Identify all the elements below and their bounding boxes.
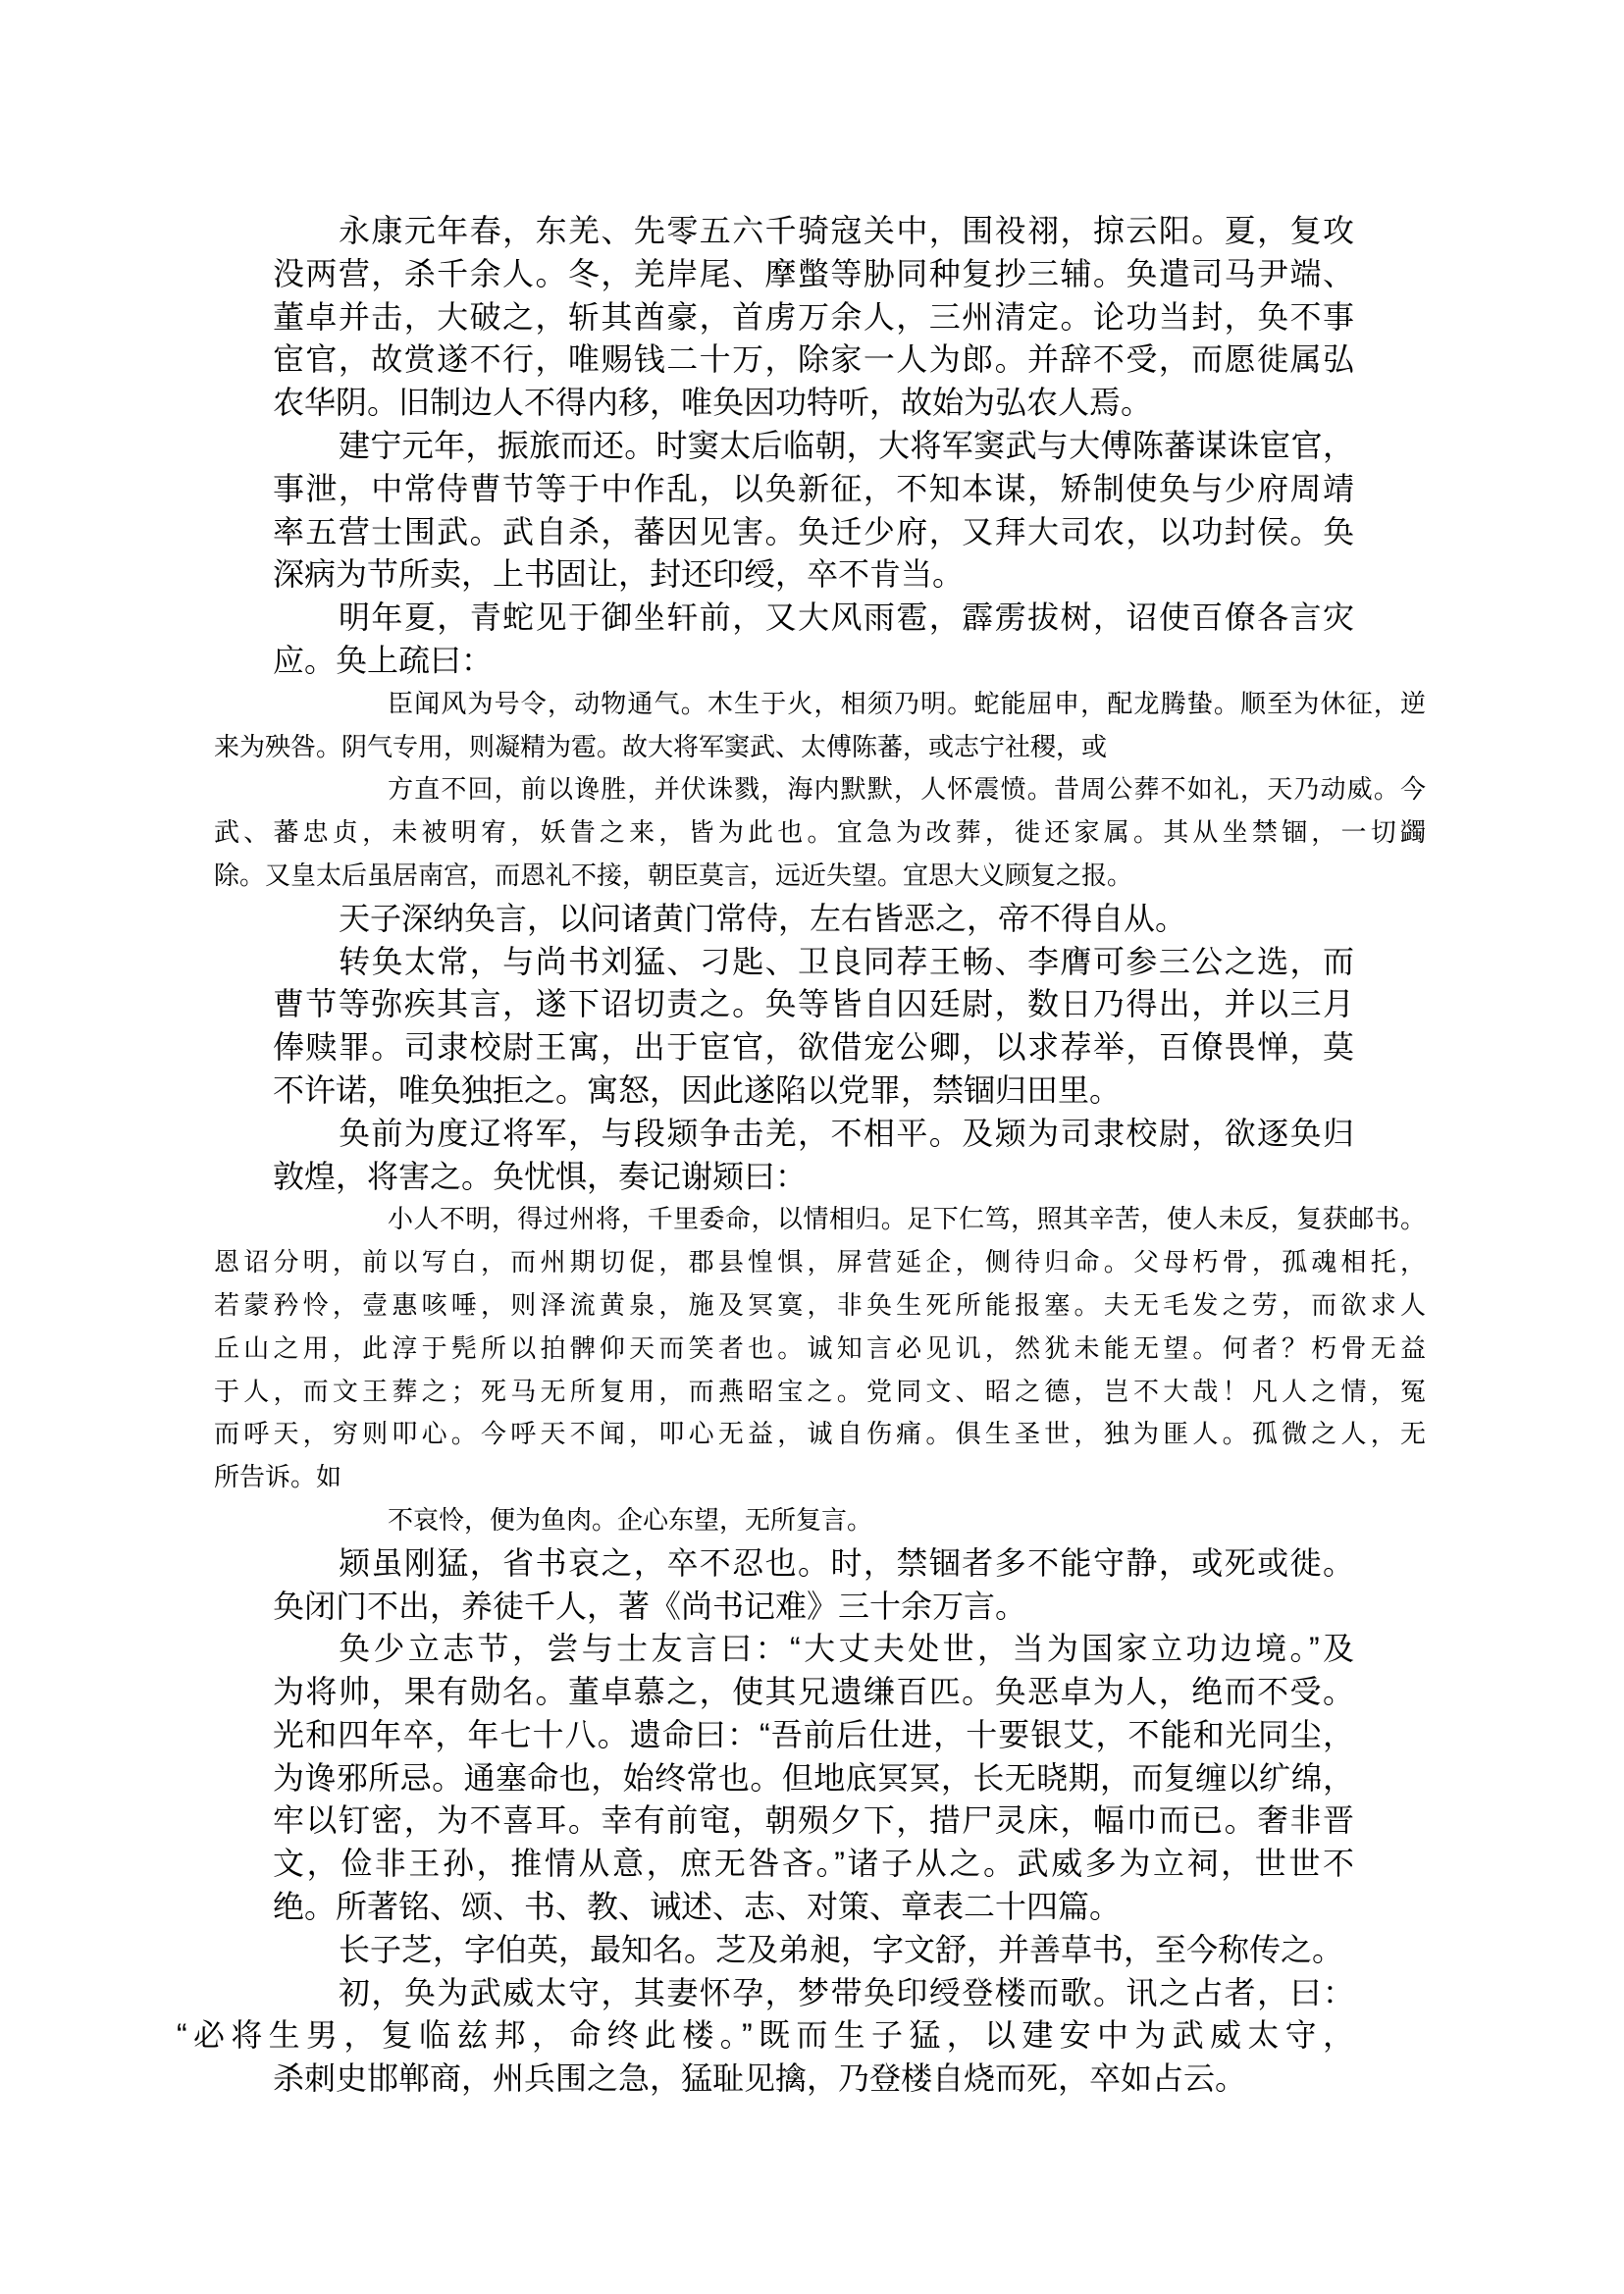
text-line: 奂闭门不出，养徒千人，著《尚书记难》三十余万言。 [273, 1586, 1354, 1629]
text-line: 曹节等弥疾其言，遂下诏切责之。奂等皆自囚廷尉，数日乃得出，并以三月 [273, 983, 1354, 1026]
document-page: 永康元年春，东羌、先零五六千骑寇关中，围祋祤，掠云阳。夏，复攻没两营，杀千余人。… [0, 0, 1624, 2294]
text-line: 小人不明，得过州将，千里委命，以情相归。足下仁笃，照其辛苦，使人未反，复获邮书。 [214, 1198, 1426, 1241]
text-line: 应。奂上疏曰： [273, 640, 1354, 683]
text-line: 臣闻风为号令，动物通气。木生于火，相须乃明。蛇能屈申，配龙腾蛰。顺至为休征，逆 [214, 683, 1426, 726]
text-line: 颎虽刚猛，省书哀之，卒不忍也。时，禁锢者多不能守静，或死或徙。 [273, 1542, 1354, 1586]
text-line: 为谗邪所忌。通塞命也，始终常也。但地底冥冥，长无晓期，而复缠以纩绵， [273, 1757, 1354, 1800]
text-line: 转奂太常，与尚书刘猛、刁匙、卫良同荐王畅、李膺可参三公之选，而 [273, 941, 1354, 984]
text-line: 没两营，杀千余人。冬，羌岸尾、摩蟞等胁同种复抄三辅。奂遣司马尹端、 [273, 253, 1354, 296]
text-line: 于人，而文王葬之；死马无所复用，而燕昭宝之。党同文、昭之德，岂不大哉！凡人之情，… [214, 1371, 1426, 1414]
text-line: 而呼天，穷则叩心。今呼天不闻，叩心无益，诚自伤痛。俱生圣世，独为匪人。孤微之人，… [214, 1413, 1426, 1456]
text-line: “必将生男，复临兹邦，命终此楼。”既而生子猛，以建安中为武威太守， [177, 2014, 1354, 2058]
text-line: 敦煌，将害之。奂忧惧，奏记谢颎曰： [273, 1156, 1354, 1199]
text-line: 为将帅，果有勋名。董卓慕之，使其兄遗缣百匹。奂恶卓为人，绝而不受。 [273, 1671, 1354, 1714]
text-line: 来为殃咎。阴气专用，则凝精为雹。故大将军窦武、太傅陈蕃，或志宁社稷，或 [214, 726, 1426, 769]
text-line: 永康元年春，东羌、先零五六千骑寇关中，围祋祤，掠云阳。夏，复攻 [273, 210, 1354, 253]
text-line: 恩诏分明，前以写白，而州期切促，郡县惶惧，屏营延企，侧待归命。父母朽骨，孤魂相托… [214, 1241, 1426, 1284]
text-line: 绝。所著铭、颂、书、教、诫述、志、对策、章表二十四篇。 [273, 1886, 1354, 1929]
text-line: 奂前为度辽将军，与段颎争击羌，不相平。及颎为司隶校尉，欲逐奂归 [273, 1113, 1354, 1156]
text-line: 宦官，故赏遂不行，唯赐钱二十万，除家一人为郎。并辞不受，而愿徙属弘 [273, 339, 1354, 382]
text-line: 所告诉。如 [214, 1456, 1426, 1499]
text-line: 方直不回，前以谗胜，并伏诛戮，海内默默，人怀震愤。昔周公葬不如礼，天乃动威。今 [214, 768, 1426, 811]
text-line: 若蒙矜怜，壹惠咳唾，则泽流黄泉，施及冥寞，非奂生死所能报塞。夫无毛发之劳，而欲求… [214, 1284, 1426, 1328]
text-line: 除。又皇太后虽居南宫，而恩礼不接，朝臣莫言，远近失望。宜思大义顾复之报。 [214, 855, 1426, 898]
text-line: 武、蕃忠贞，未被明宥，妖眚之来，皆为此也。宜急为改葬，徙还家属。其从坐禁锢，一切… [214, 811, 1426, 855]
text-line: 深病为节所卖，上书固让，封还印绶，卒不肯当。 [273, 553, 1354, 597]
text-line: 建宁元年，振旅而还。时窦太后临朝，大将军窦武与大傅陈蕃谋诛宦官， [273, 425, 1354, 468]
text-line: 奂少立志节，尝与士友言曰：“大丈夫处世，当为国家立功边境。”及 [273, 1628, 1354, 1671]
text-line: 不许诺，唯奂独拒之。寓怒，因此遂陷以党罪，禁锢归田里。 [273, 1069, 1354, 1113]
text-line: 不哀怜，便为鱼肉。企心东望，无所复言。 [214, 1499, 1426, 1542]
text-line: 光和四年卒，年七十八。遗命曰：“吾前后仕进，十要银艾，不能和光同尘， [273, 1714, 1354, 1757]
text-line: 牢以钉密，为不喜耳。幸有前窀，朝殒夕下，措尸灵床，幅巾而已。奢非晋 [273, 1799, 1354, 1843]
text-line: 事泄，中常侍曹节等于中作乱，以奂新征，不知本谋，矫制使奂与少府周靖 [273, 468, 1354, 511]
text-line: 初，奂为武威太守，其妻怀孕，梦带奂印绶登楼而歌。讯之占者，曰： [273, 1972, 1354, 2015]
document-body: 永康元年春，东羌、先零五六千骑寇关中，围祋祤，掠云阳。夏，复攻没两营，杀千余人。… [0, 0, 1624, 2101]
text-line: 率五营士围武。武自杀，蕃因见害。奂迁少府，又拜大司农，以功封侯。奂 [273, 511, 1354, 554]
text-line: 明年夏，青蛇见于御坐轩前，又大风雨雹，霹雳拔树，诏使百僚各言灾 [273, 597, 1354, 640]
text-line: 丘山之用，此淳于髡所以拍髀仰天而笑者也。诚知言必见讥，然犹未能无望。何者？朽骨无… [214, 1328, 1426, 1371]
text-line: 长子芝，字伯英，最知名。芝及弟昶，字文舒，并善草书，至今称传之。 [273, 1929, 1354, 1972]
text-line: 俸赎罪。司隶校尉王寓，出于宦官，欲借宠公卿，以求荐举，百僚畏惮，莫 [273, 1026, 1354, 1069]
text-line: 天子深纳奂言，以问诸黄门常侍，左右皆恶之，帝不得自从。 [273, 898, 1354, 941]
text-line: 农华阴。旧制边人不得内移，唯奂因功特听，故始为弘农人焉。 [273, 382, 1354, 425]
text-line: 文，俭非王孙，推情从意，庶无咎吝。”诸子从之。武威多为立祠，世世不 [273, 1843, 1354, 1886]
text-line: 杀刺史邯郸商，州兵围之急，猛耻见擒，乃登楼自烧而死，卒如占云。 [273, 2058, 1354, 2101]
text-line: 董卓并击，大破之，斩其酋豪，首虏万余人，三州清定。论功当封，奂不事 [273, 296, 1354, 339]
